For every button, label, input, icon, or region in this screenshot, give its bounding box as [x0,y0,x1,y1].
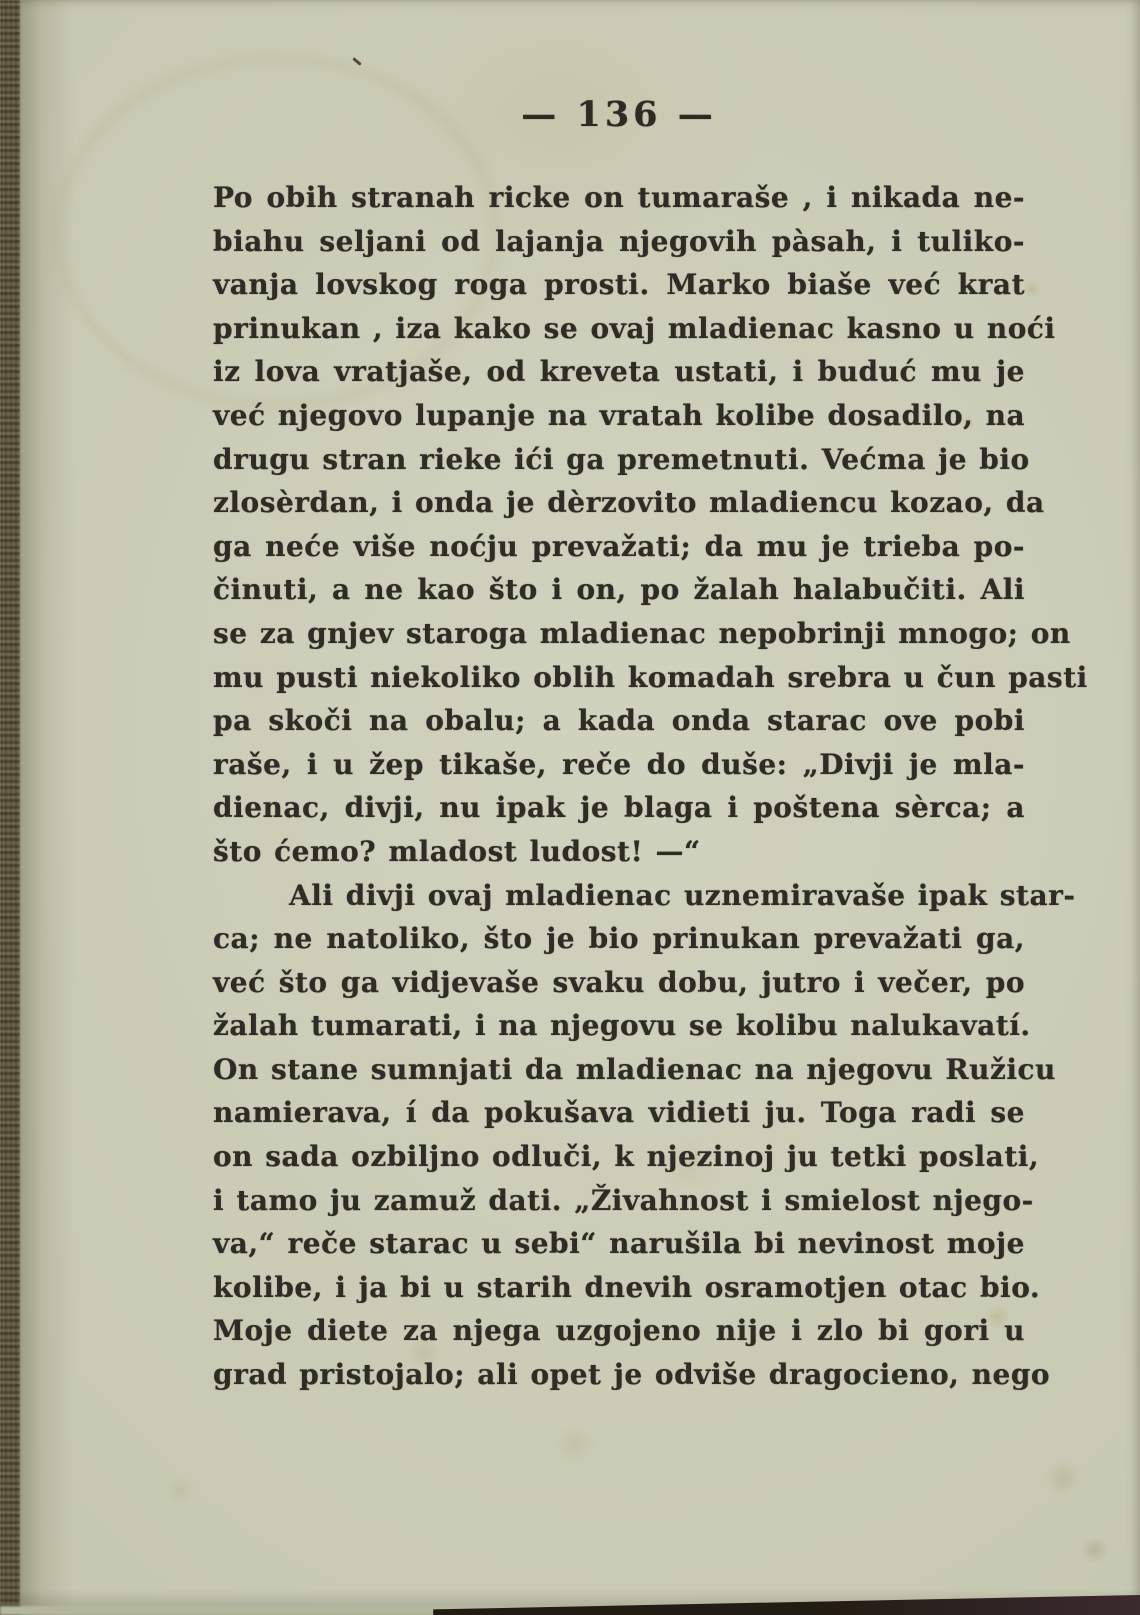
text-line: što ćemo? mladost ludost! —“ [213,830,1025,874]
text-line: ca; ne natoliko, što je bio prinukan pre… [213,917,1025,961]
text-line: već što ga vidjevaše svaku dobu, jutro i… [213,961,1025,1005]
text-line: grad pristojalo; ali opet je odviše drag… [213,1353,1025,1397]
text-line: Moje diete za njega uzgojeno nije i zlo … [213,1309,1025,1353]
text-line: On stane sumnjati da mladienac na njegov… [213,1048,1025,1092]
text-line: prinukan , iza kako se ovaj mladienac ka… [213,307,1025,351]
book-binding-edge [0,0,20,1615]
text-line: va,“ reče starac u sebi“ narušila bi nev… [213,1222,1025,1266]
text-line: pa skoči na obalu; a kada onda starac ov… [213,699,1025,743]
text-line: već njegovo lupanje na vratah kolibe dos… [213,394,1025,438]
text-line: raše, i u žep tikaše, reče do duše: „Div… [213,743,1025,787]
gutter-shadow [20,0,75,1615]
text-line: dienac, divji, nu ipak je blaga i pošten… [213,786,1025,830]
text-line: iz lova vratjaše, od kreveta ustati, i b… [213,350,1025,394]
text-line: namierava, í da pokušava vidieti ju. Tog… [213,1091,1025,1135]
text-line: ga neće više noćju prevažati; da mu je t… [213,525,1025,569]
text-line: se za gnjev staroga mladienac nepobrinji… [213,612,1025,656]
text-line: kolibe, i ja bi u starih dnevih osramotj… [213,1266,1025,1310]
text-line: činuti, a ne kao što i on, po žalah hala… [213,568,1025,612]
text-line: žalah tumarati, i na njegovu se kolibu n… [213,1004,1025,1048]
text-block: Po obih stranah ricke on tumaraše , i ni… [213,176,1025,1397]
text-line: Ali divji ovaj mladienac uznemiravaše ip… [213,874,1025,918]
text-line: on sada ozbiljno odluči, k njezinoj ju t… [213,1135,1025,1179]
page-number: — 136 — [213,94,1025,135]
text-line: zlosèrdan, i onda je dèrzovito mladiencu… [213,481,1025,525]
text-line: biahu seljani od lajanja njegovih pàsah,… [213,220,1025,264]
text-line: drugu stran rieke ići ga premetnuti. Već… [213,438,1025,482]
ink-speck [352,57,362,66]
text-line: mu pusti niekoliko oblih komadah srebra … [213,656,1025,700]
book-page-scan: — 136 — Po obih stranah ricke on tumaraš… [0,0,1140,1615]
text-line: i tamo ju zamuž dati. „Živahnost i smiel… [213,1179,1025,1223]
text-line: Po obih stranah ricke on tumaraše , i ni… [213,176,1025,220]
text-line: vanja lovskog roga prosti. Marko biaše v… [213,263,1025,307]
